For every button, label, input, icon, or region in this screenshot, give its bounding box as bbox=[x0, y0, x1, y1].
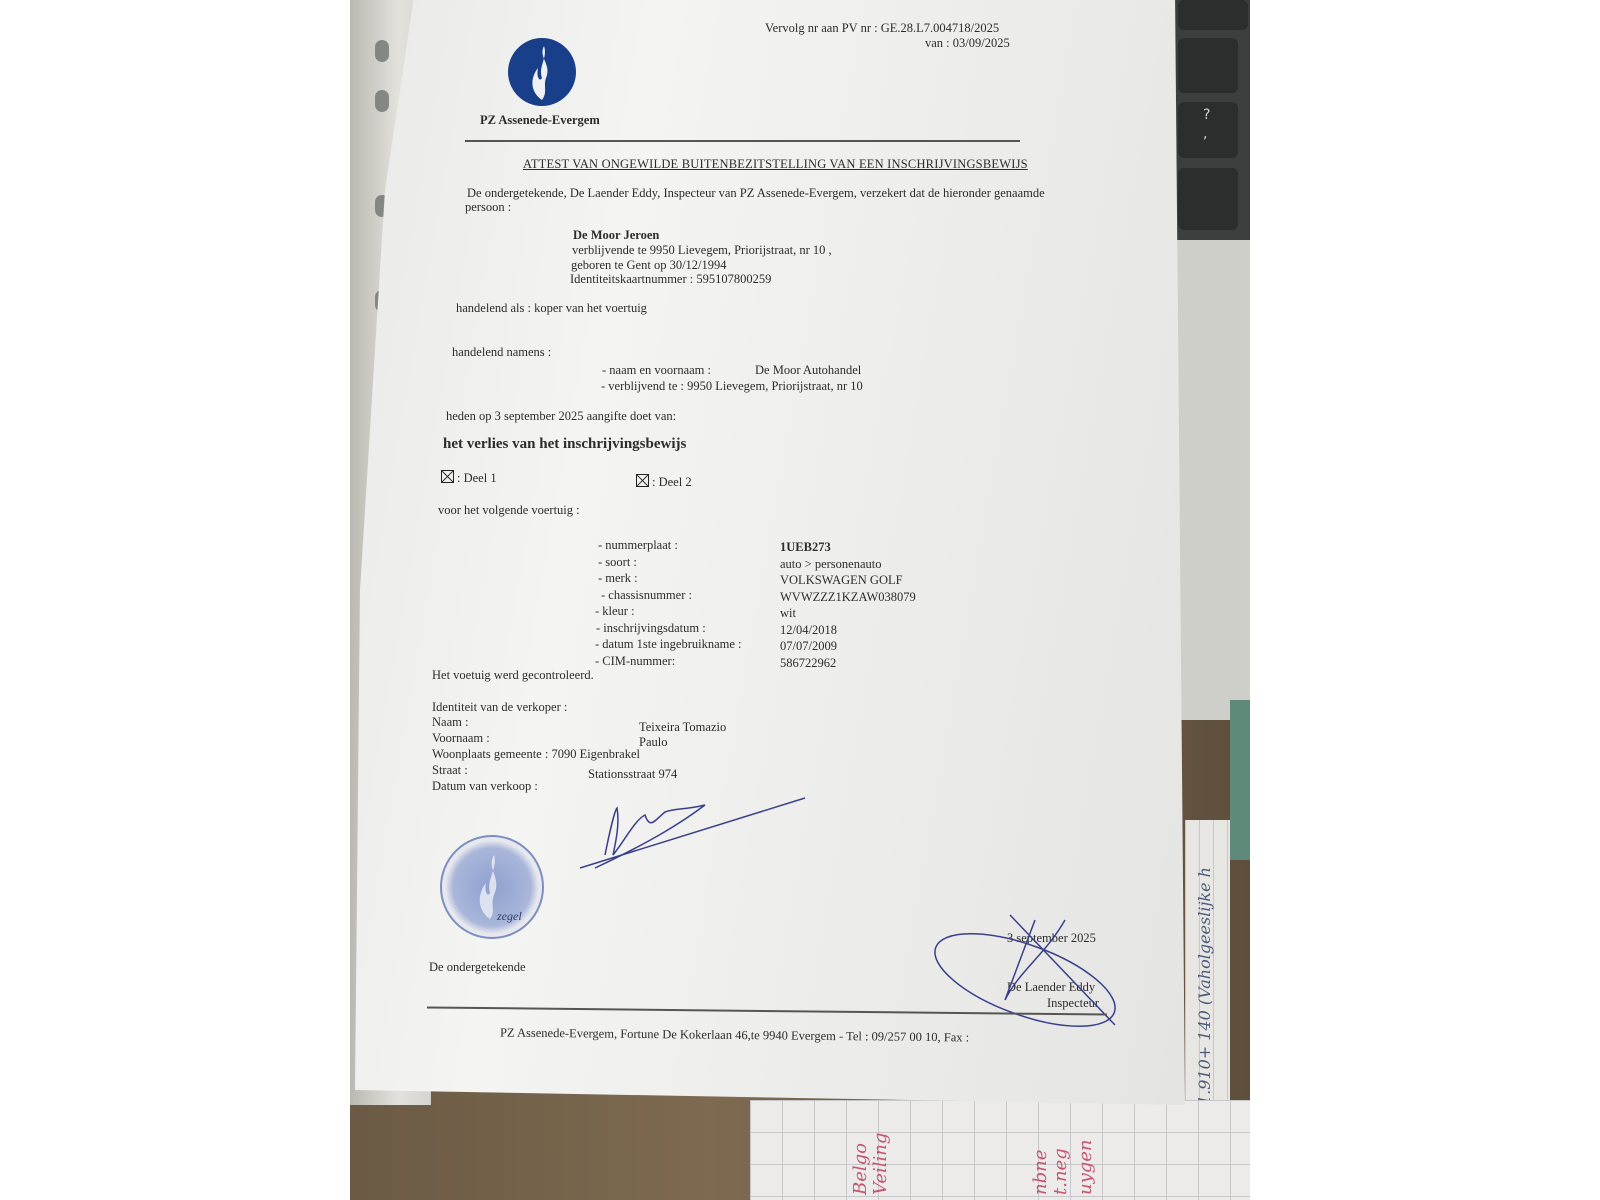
notepad-handwriting: t.neg bbox=[1050, 1148, 1071, 1195]
header-divider bbox=[465, 140, 1020, 142]
person-birth: geboren te Gent op 30/12/1994 bbox=[571, 258, 727, 273]
notepad-handwriting: Belgo bbox=[850, 1143, 871, 1195]
acting-as-label: handelend als : bbox=[456, 301, 531, 315]
sale-date-label: Datum van verkoop : bbox=[432, 779, 538, 794]
on-behalf-label: handelend namens : bbox=[452, 345, 551, 360]
organization-name: PZ Assenede-Evergem bbox=[480, 113, 600, 128]
vehicle-checked-text: Het voetuig werd gecontroleerd. bbox=[432, 668, 594, 683]
keyboard-key bbox=[1178, 168, 1238, 230]
punch-hole bbox=[375, 90, 389, 112]
punch-hole bbox=[375, 40, 389, 62]
vehicle-field-label: - soort : bbox=[598, 555, 637, 570]
vehicle-intro: voor het volgende voertuig : bbox=[438, 503, 580, 518]
question-mark-glyph: ? bbox=[1203, 107, 1210, 123]
vehicle-field-value: wit bbox=[780, 606, 796, 621]
document-title: ATTEST VAN ONGEWILDE BUITENBEZITSTELLING… bbox=[523, 157, 1028, 172]
pv-date-line: van : 03/09/2025 bbox=[925, 36, 1010, 51]
declaration-subject: het verlies van het inschrijvingsbewijs bbox=[443, 436, 686, 453]
keyboard-key bbox=[1178, 0, 1248, 30]
checkbox-deel-2[interactable]: : Deel 2 bbox=[636, 474, 692, 490]
seller-street: Stationsstraat 974 bbox=[588, 767, 677, 782]
vehicle-field-value: auto > personenauto bbox=[780, 557, 881, 572]
attest-document: Vervolg nr aan PV nr : GE.28.L7.004718/2… bbox=[355, 0, 1185, 1105]
grid-notepad: Belgo Veiling nbne t.neg uygen bbox=[750, 1100, 1250, 1200]
laptop-side bbox=[1170, 240, 1250, 720]
checked-box-icon[interactable] bbox=[636, 474, 649, 487]
officer-signature bbox=[925, 910, 1125, 1040]
signatory-label: De ondergetekende bbox=[429, 960, 526, 975]
vehicle-field-label: - merk : bbox=[598, 571, 638, 586]
pv-reference-line: Vervolg nr aan PV nr : GE.28.L7.004718/2… bbox=[765, 21, 999, 36]
intro-text: De ondergetekende, De Laender Eddy, Insp… bbox=[467, 186, 1045, 201]
notepad-handwriting: uygen bbox=[1075, 1139, 1096, 1195]
keyboard-key-question: ? , bbox=[1178, 102, 1238, 158]
side-notepad: 1.910+ 140 (Vaholgeeslijke h bbox=[1185, 820, 1230, 1110]
checked-box-icon[interactable] bbox=[441, 470, 454, 483]
vehicle-field-label: - datum 1ste ingebruikname : bbox=[595, 637, 742, 652]
police-flame-logo-icon bbox=[508, 38, 576, 106]
laptop-keyboard: ? , bbox=[1170, 0, 1250, 240]
police-seal-stamp: zegel bbox=[440, 835, 544, 939]
seller-firstname: Paulo bbox=[639, 735, 667, 750]
acting-as-value: koper van het voertuig bbox=[534, 301, 647, 315]
vehicle-field-value: WVWZZZ1KZAW038079 bbox=[780, 590, 916, 605]
pv-date-label: van : bbox=[925, 36, 950, 50]
vehicle-field-label: - CIM-nummer: bbox=[595, 654, 675, 669]
vehicle-field-value: 07/07/2009 bbox=[780, 639, 837, 654]
notepad-handwriting: nbne bbox=[1030, 1150, 1051, 1195]
notepad-handwriting: Veiling bbox=[870, 1133, 891, 1195]
vehicle-field-value: 586722962 bbox=[780, 656, 836, 671]
buyer-signature bbox=[575, 790, 815, 880]
footer-address: PZ Assenede-Evergem, Fortune De Kokerlaa… bbox=[500, 1026, 969, 1046]
seller-municipality: 7090 Eigenbrakel bbox=[551, 747, 640, 761]
vehicle-field-label: - kleur : bbox=[595, 604, 635, 619]
vehicle-field-value: 1UEB273 bbox=[780, 540, 831, 555]
seller-name-label: Naam : bbox=[432, 715, 468, 730]
person-id-card: Identiteitskaartnummer : 595107800259 bbox=[570, 272, 771, 287]
seller-municipality-label: Woonplaats gemeente : bbox=[432, 747, 548, 761]
checkbox-deel-1[interactable]: : Deel 1 bbox=[441, 470, 497, 486]
acting-as-line: handelend als : koper van het voertuig bbox=[456, 301, 647, 316]
on-behalf-address: 9950 Lievegem, Priorijstraat, nr 10 bbox=[687, 379, 863, 393]
laptop-accent bbox=[1230, 700, 1250, 860]
vehicle-field-value: VOLKSWAGEN GOLF bbox=[780, 573, 903, 588]
vehicle-field-label: - nummerplaat : bbox=[598, 538, 678, 553]
deel-2-label: : Deel 2 bbox=[652, 475, 692, 489]
pv-reference: GE.28.L7.004718/2025 bbox=[881, 21, 999, 35]
seal-label: zegel bbox=[497, 909, 522, 924]
photo-background: ? , 1.910+ 140 (Vaholgeeslijke h Belgo V… bbox=[350, 0, 1250, 1200]
seller-municipality-line: Woonplaats gemeente : 7090 Eigenbrakel bbox=[432, 747, 640, 762]
on-behalf-address-label: - verblijvend te : bbox=[601, 379, 684, 393]
seller-firstname-label: Voornaam : bbox=[432, 731, 490, 746]
on-behalf-address-line: - verblijvend te : 9950 Lievegem, Priori… bbox=[601, 379, 863, 394]
declaration-text: heden op 3 september 2025 aangifte doet … bbox=[446, 409, 676, 424]
pv-date: 03/09/2025 bbox=[953, 36, 1010, 50]
seller-name: Teixeira Tomazio bbox=[639, 720, 726, 735]
vehicle-field-label: - inschrijvingsdatum : bbox=[596, 621, 706, 636]
keyboard-key bbox=[1178, 38, 1238, 93]
seller-street-label: Straat : bbox=[432, 763, 468, 778]
comma-glyph: , bbox=[1203, 126, 1207, 142]
vehicle-field-label: - chassisnummer : bbox=[601, 588, 692, 603]
seller-heading: Identiteit van de verkoper : bbox=[432, 700, 567, 715]
vehicle-field-value: 12/04/2018 bbox=[780, 623, 837, 638]
deel-1-label: : Deel 1 bbox=[457, 471, 497, 485]
pv-reference-label: Vervolg nr aan PV nr : bbox=[765, 21, 878, 35]
intro-text-2: persoon : bbox=[465, 200, 511, 215]
person-name: De Moor Jeroen bbox=[573, 228, 659, 243]
person-address: verblijvende te 9950 Lievegem, Priorijst… bbox=[572, 243, 832, 258]
on-behalf-name-label: - naam en voornaam : bbox=[602, 363, 711, 378]
side-handwriting: 1.910+ 140 (Vaholgeeslijke h bbox=[1195, 867, 1214, 1105]
on-behalf-name: De Moor Autohandel bbox=[755, 363, 861, 378]
